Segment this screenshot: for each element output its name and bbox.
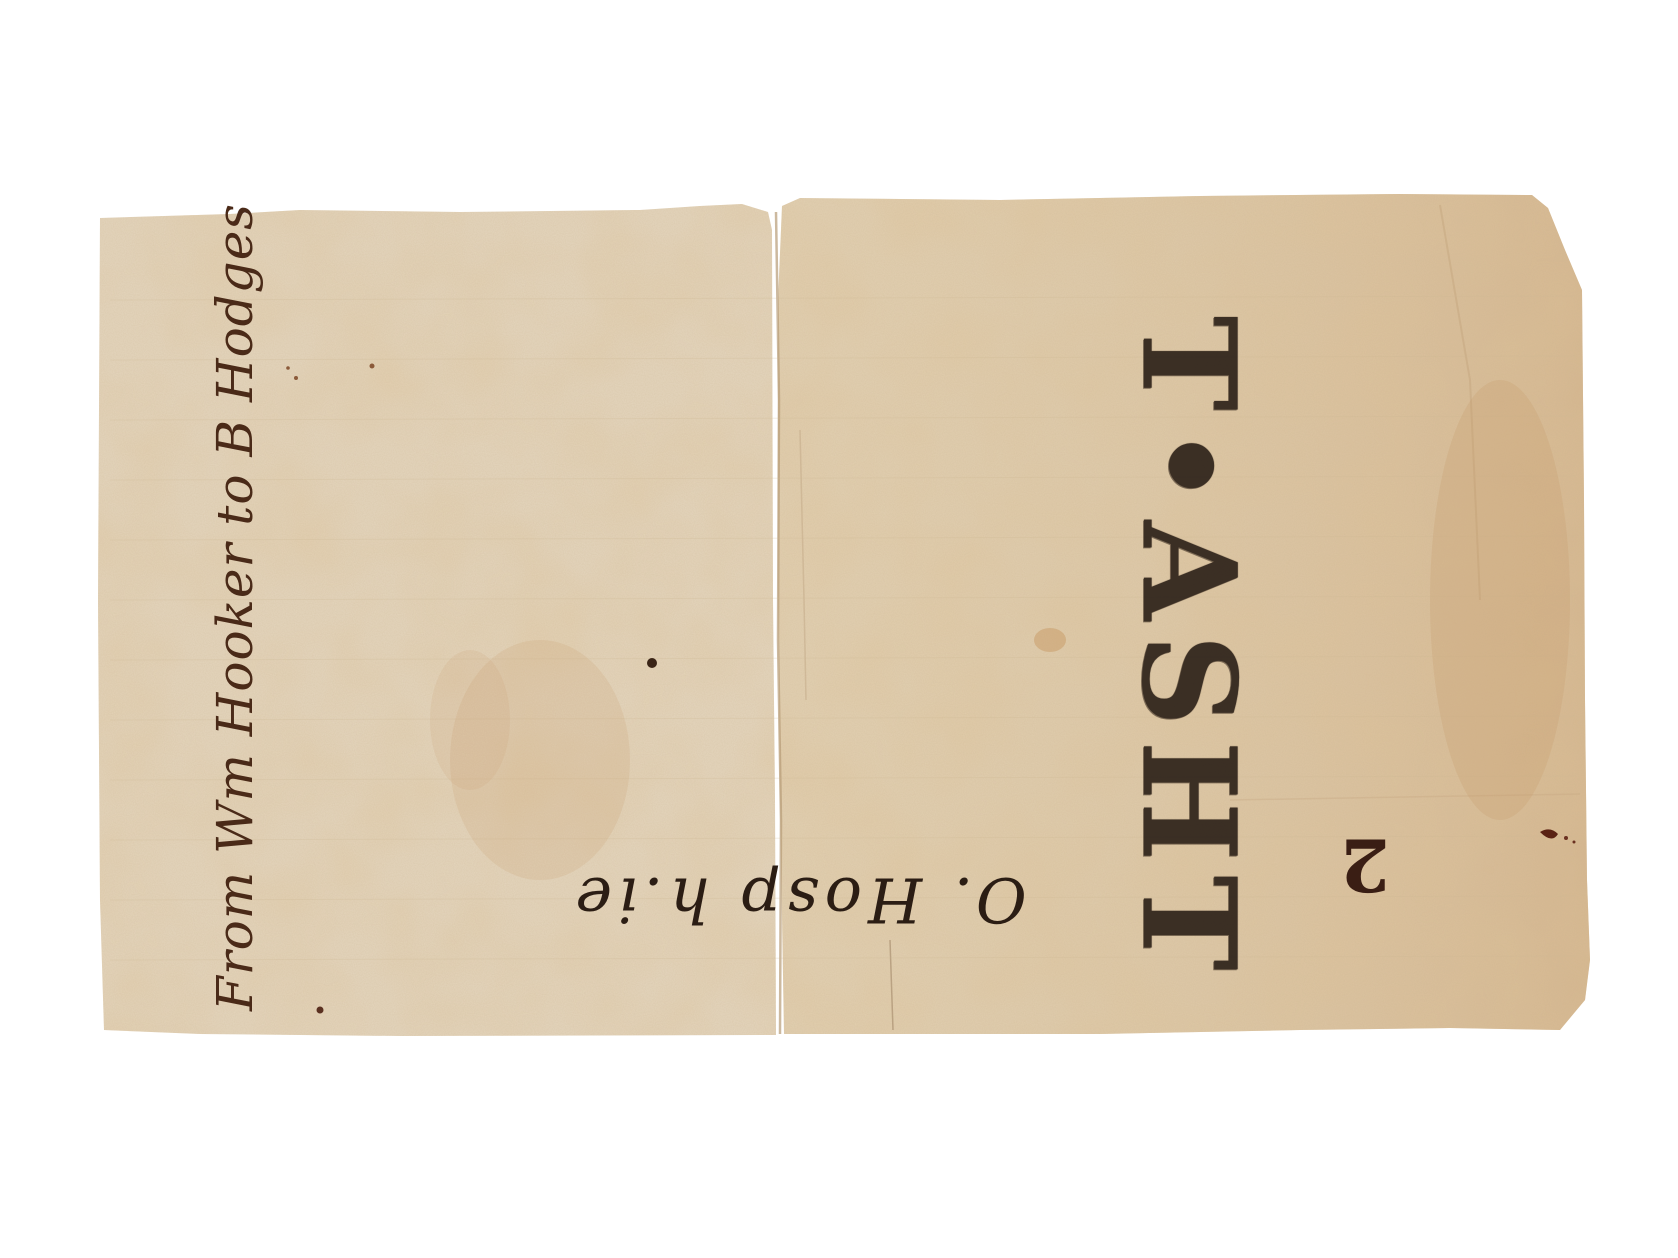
ink-dot (647, 658, 657, 668)
paper-sheet (0, 0, 1678, 1258)
document-photo: T•ASHT From Wm Hooker to B Hodges O. Hos… (0, 0, 1678, 1258)
